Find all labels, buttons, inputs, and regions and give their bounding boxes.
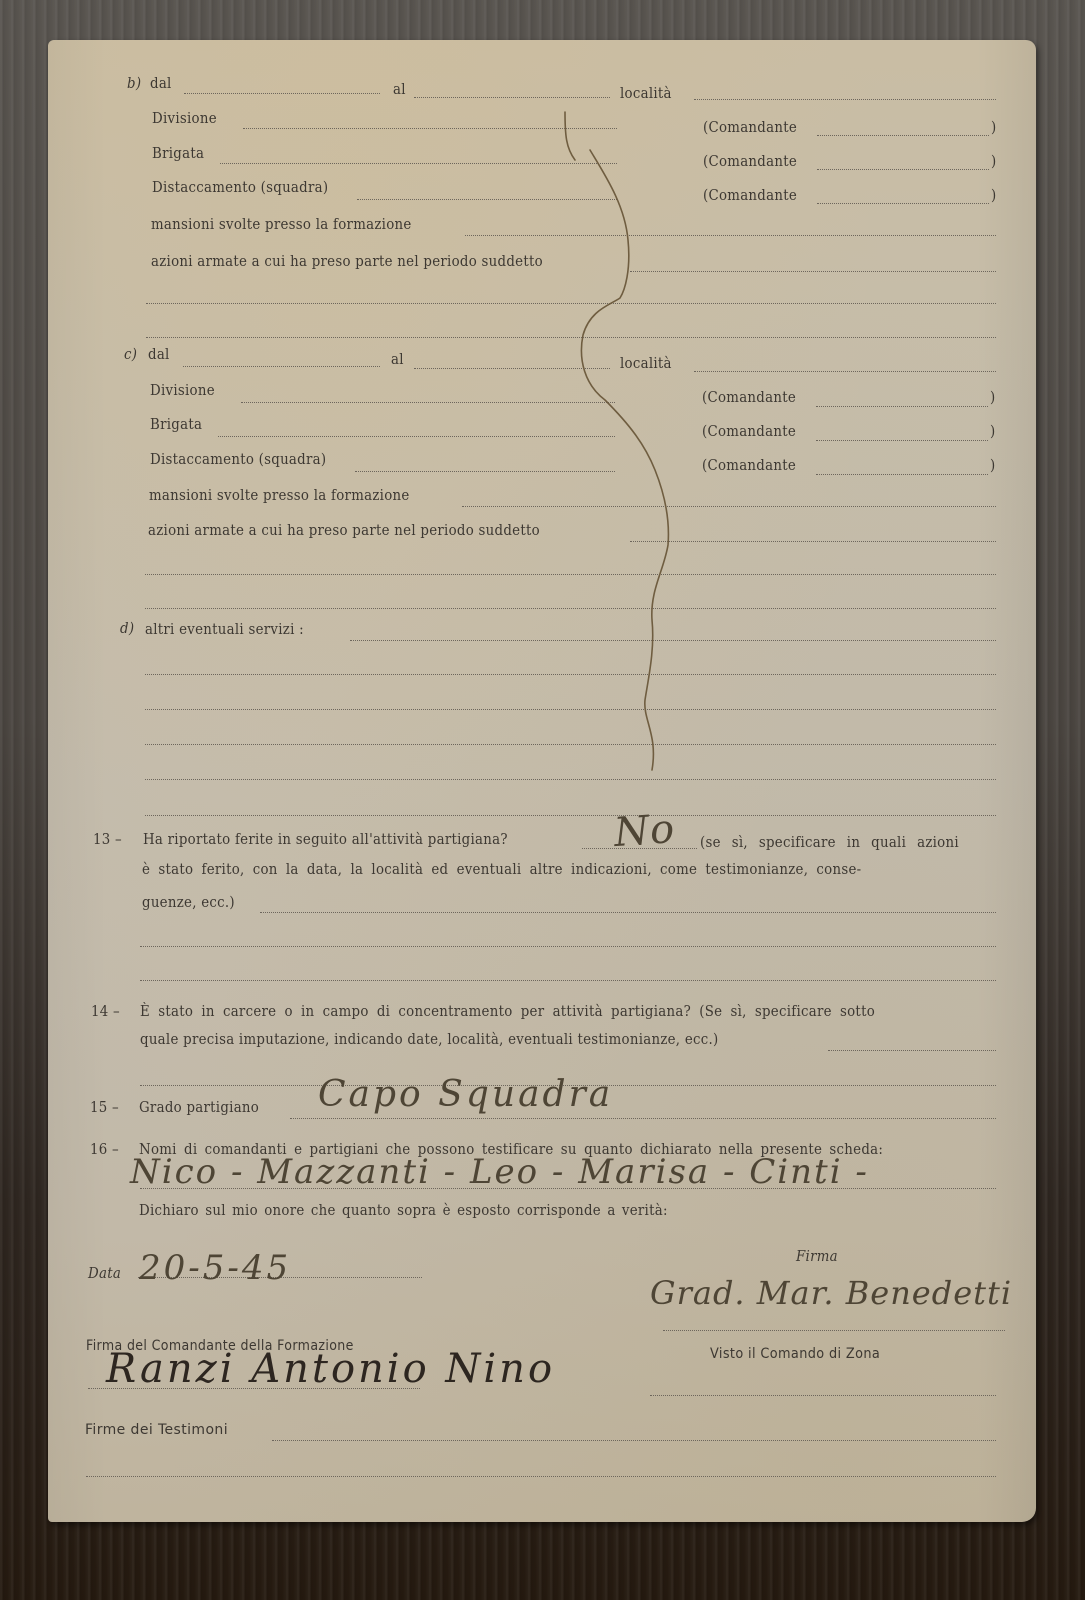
section-c-divisione-comandante-label: (Comandante: [702, 390, 796, 406]
q14-question-line-1: È stato in carcere o in campo di concent…: [140, 1004, 875, 1020]
zone-command-field[interactable]: [650, 1395, 996, 1396]
section-c-al-field[interactable]: [414, 368, 610, 369]
signature-handwritten: Grad. Mar. Benedetti: [650, 1274, 1012, 1312]
commander-signature-handwritten: Ranzi Antonio Nino: [106, 1346, 555, 1392]
q13-details-line-2[interactable]: [140, 946, 996, 947]
q14-answer-field[interactable]: [828, 1050, 996, 1051]
witnesses-field[interactable]: [272, 1440, 996, 1441]
section-d-line-3[interactable]: [145, 709, 996, 710]
section-b-azioni-line-2[interactable]: [146, 303, 996, 304]
section-c-brigata-label: Brigata: [150, 417, 202, 433]
section-c-divisione-label: Divisione: [150, 383, 215, 399]
section-b-brigata-label: Brigata: [152, 146, 204, 162]
section-d-label: d): [120, 621, 134, 637]
section-c-mansioni-label: mansioni svolte presso la formazione: [149, 488, 410, 504]
q13-question-line-1b: (se sì, specificare in quali azioni: [700, 835, 959, 851]
signature-label: Firma: [796, 1249, 838, 1265]
q13-answer-handwritten: No: [612, 806, 676, 856]
section-c-divisione-comandante-field[interactable]: [816, 406, 988, 407]
section-b-brigata-paren: ): [991, 154, 996, 170]
section-b-mansioni-field[interactable]: [465, 235, 996, 236]
declaration-text: Dichiaro sul mio onore che quanto sopra …: [139, 1203, 668, 1219]
section-d-line-4[interactable]: [145, 744, 996, 745]
section-c-distaccamento-label: Distaccamento (squadra): [150, 452, 326, 468]
section-b-azioni-field[interactable]: [630, 271, 996, 272]
date-value-handwritten: 20-5-45: [139, 1248, 291, 1288]
section-b-label: b): [127, 76, 141, 92]
section-c-brigata-comandante-field[interactable]: [816, 440, 988, 441]
zone-command-label: Visto il Comando di Zona: [710, 1346, 880, 1362]
section-b-azioni-label: azioni armate a cui ha preso parte nel p…: [151, 254, 543, 270]
q14-number: 14 –: [91, 1004, 120, 1020]
section-b-localita-field[interactable]: [694, 99, 996, 100]
section-b-al-label: al: [393, 82, 406, 98]
section-c-mansioni-field[interactable]: [462, 506, 996, 507]
section-c-dal-field[interactable]: [183, 366, 380, 367]
section-c-divisione-field[interactable]: [241, 402, 615, 403]
section-c-label: c): [124, 347, 137, 363]
section-c-al-label: al: [391, 352, 404, 368]
section-b-dal-label: dal: [150, 76, 172, 92]
q15-number: 15 –: [90, 1100, 119, 1116]
section-d-line-2[interactable]: [145, 674, 996, 675]
section-b-brigata-field[interactable]: [220, 163, 617, 164]
section-c-brigata-comandante-label: (Comandante: [702, 424, 796, 440]
witnesses-line-2[interactable]: [86, 1476, 996, 1477]
section-b-divisione-comandante-field[interactable]: [817, 135, 989, 136]
section-b-divisione-field[interactable]: [243, 128, 617, 129]
section-c-brigata-paren: ): [990, 424, 995, 440]
section-c-localita-field[interactable]: [694, 371, 996, 372]
section-b-brigata-comandante-label: (Comandante: [703, 154, 797, 170]
section-b-mansioni-label: mansioni svolte presso la formazione: [151, 217, 412, 233]
section-b-divisione-label: Divisione: [152, 111, 217, 127]
section-d-line-6[interactable]: [145, 815, 996, 816]
q13-question-line-2: è stato ferito, con la data, la località…: [142, 862, 861, 878]
section-c-distaccamento-comandante-label: (Comandante: [702, 458, 796, 474]
section-b-distaccamento-label: Distaccamento (squadra): [152, 180, 328, 196]
q15-answer-handwritten: Capo Squadra: [318, 1074, 613, 1115]
section-d-line-5[interactable]: [145, 779, 996, 780]
section-c-brigata-field[interactable]: [218, 436, 615, 437]
section-b-al-field[interactable]: [414, 97, 610, 98]
q13-details-line-3[interactable]: [140, 980, 996, 981]
q13-number: 13 –: [93, 832, 122, 848]
section-c-azioni-field[interactable]: [630, 541, 996, 542]
q16-number: 16 –: [90, 1142, 119, 1158]
section-c-dal-label: dal: [148, 347, 170, 363]
section-c-azioni-line-3[interactable]: [145, 608, 996, 609]
section-b-localita-label: località: [620, 86, 672, 102]
q16-answer-handwritten: Nico - Mazzanti - Leo - Marisa - Cinti -: [130, 1152, 869, 1192]
q14-question-line-2: quale precisa imputazione, indicando dat…: [140, 1032, 719, 1048]
section-b-azioni-line-3[interactable]: [146, 337, 996, 338]
section-b-divisione-paren: ): [991, 120, 996, 136]
q13-details-field[interactable]: [260, 912, 996, 913]
section-b-brigata-comandante-field[interactable]: [817, 169, 989, 170]
section-c-distaccamento-paren: ): [990, 458, 995, 474]
witnesses-label: Firme dei Testimoni: [85, 1422, 228, 1438]
q15-answer-field[interactable]: [290, 1118, 996, 1119]
section-b-distaccamento-field[interactable]: [357, 199, 617, 200]
section-c-distaccamento-comandante-field[interactable]: [816, 474, 988, 475]
q13-question-line-1: Ha riportato ferite in seguito all'attiv…: [143, 832, 508, 848]
section-c-distaccamento-field[interactable]: [355, 471, 615, 472]
q15-label: Grado partigiano: [139, 1100, 259, 1116]
section-c-azioni-line-2[interactable]: [145, 574, 996, 575]
section-c-localita-label: località: [620, 356, 672, 372]
section-b-distaccamento-comandante-label: (Comandante: [703, 188, 797, 204]
signature-field[interactable]: [663, 1330, 1005, 1331]
section-b-distaccamento-comandante-field[interactable]: [817, 203, 989, 204]
date-label: Data: [88, 1266, 121, 1282]
section-b-dal-field[interactable]: [184, 93, 380, 94]
section-c-azioni-label: azioni armate a cui ha preso parte nel p…: [148, 523, 540, 539]
section-b-divisione-comandante-label: (Comandante: [703, 120, 797, 136]
section-b-distaccamento-paren: ): [991, 188, 996, 204]
section-c-divisione-paren: ): [990, 390, 995, 406]
section-d-field[interactable]: [350, 640, 996, 641]
q13-question-line-3: guenze, ecc.): [142, 895, 235, 911]
section-d-text: altri eventuali servizi :: [145, 622, 304, 638]
